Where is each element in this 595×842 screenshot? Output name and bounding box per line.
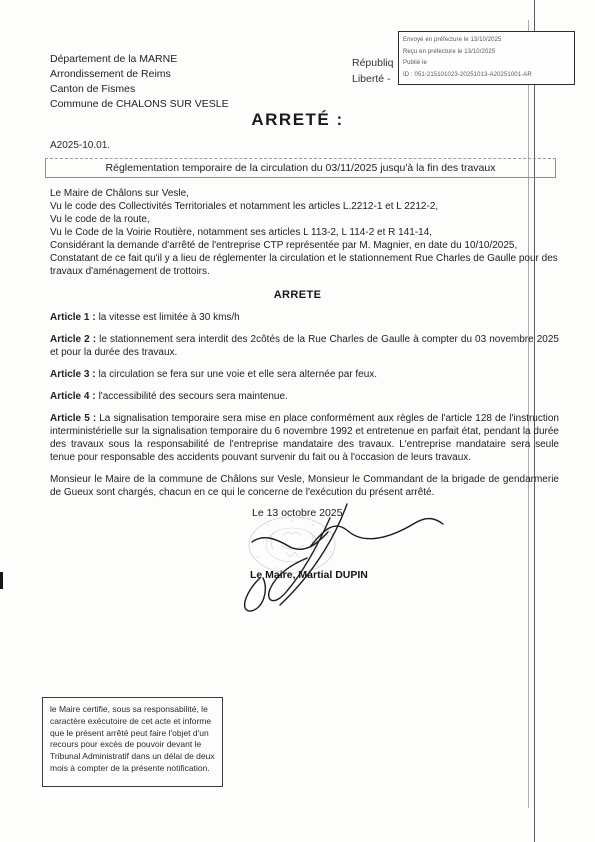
republic-line2: Liberté - bbox=[352, 71, 393, 87]
scanned-arrete-page: Département de la MARNE Arrondissement d… bbox=[0, 0, 595, 842]
subject-box: Réglementation temporaire de la circulat… bbox=[45, 158, 556, 178]
signature bbox=[235, 492, 450, 622]
sender-block: Département de la MARNE Arrondissement d… bbox=[50, 52, 229, 112]
article-3: Article 3 :la circulation se fera sur un… bbox=[50, 368, 559, 381]
article-2-label: Article 2 : bbox=[50, 334, 96, 345]
prefecture-stamp: Envoyé en préfecture le 13/10/2025 Reçu … bbox=[398, 31, 575, 85]
republic-motto: Républiq Liberté - bbox=[352, 55, 393, 87]
article-4-text: l'accessibilité des secours sera mainten… bbox=[99, 391, 288, 402]
preamble-line: Vu le code des Collectivités Territorial… bbox=[50, 200, 559, 213]
stamp-received-line: Reçu en préfecture le 13/10/2025 bbox=[403, 47, 570, 59]
document-title: ARRETÉ : bbox=[0, 110, 595, 130]
republic-line1: Républiq bbox=[352, 55, 393, 71]
preamble: Le Maire de Châlons sur Vesle, Vu le cod… bbox=[50, 187, 559, 278]
preamble-line: Le Maire de Châlons sur Vesle, bbox=[50, 187, 559, 200]
stamp-published-line: Publié le bbox=[403, 58, 570, 70]
article-1-label: Article 1 : bbox=[50, 312, 96, 323]
sender-arrondissement: Arrondissement de Reims bbox=[50, 67, 229, 82]
preamble-line: Vu le Code de la Voirie Routière, notamm… bbox=[50, 226, 559, 239]
articles-section: Article 1 :la vitesse est limitée à 30 k… bbox=[50, 311, 559, 508]
article-3-text: la circulation se fera sur une voie et e… bbox=[99, 369, 378, 380]
article-5: Article 5 :La signalisation temporaire s… bbox=[50, 412, 559, 464]
signatory-name: Le Maire, Martial DUPIN bbox=[250, 569, 368, 581]
stamp-sent-line: Envoyé en préfecture le 13/10/2025 bbox=[403, 35, 570, 47]
preamble-line: Constatant de ce fait qu'il y a lieu de … bbox=[50, 252, 559, 278]
preamble-line: Considérant la demande d'arrêté de l'ent… bbox=[50, 239, 559, 252]
article-5-label: Article 5 : bbox=[50, 413, 96, 424]
certification-text: le Maire certifie, sous sa responsabilit… bbox=[50, 704, 215, 773]
article-4: Article 4 :l'accessibilité des secours s… bbox=[50, 390, 559, 403]
article-1-text: la vitesse est limitée à 30 kms/h bbox=[99, 312, 240, 323]
scan-edge-mark bbox=[0, 572, 3, 589]
sender-departement: Département de la MARNE bbox=[50, 52, 229, 67]
preamble-line: Vu le code de la route, bbox=[50, 213, 559, 226]
reference-number: A2025-10.01. bbox=[50, 140, 110, 151]
article-3-label: Article 3 : bbox=[50, 369, 96, 380]
sender-canton: Canton de Fismes bbox=[50, 82, 229, 97]
subject-text: Réglementation temporaire de la circulat… bbox=[106, 162, 496, 174]
article-1: Article 1 :la vitesse est limitée à 30 k… bbox=[50, 311, 559, 324]
article-2: Article 2 :le stationnement sera interdi… bbox=[50, 333, 559, 359]
stamp-id-line: ID : 051-215101023-20251013-A20251001-AR bbox=[403, 70, 570, 82]
arrete-section-heading: ARRETE bbox=[0, 289, 595, 301]
certification-box: le Maire certifie, sous sa responsabilit… bbox=[42, 697, 223, 787]
article-4-label: Article 4 : bbox=[50, 391, 96, 402]
article-2-text: le stationnement sera interdit des 2côté… bbox=[50, 334, 559, 358]
article-5-text: La signalisation temporaire sera mise en… bbox=[50, 413, 559, 463]
